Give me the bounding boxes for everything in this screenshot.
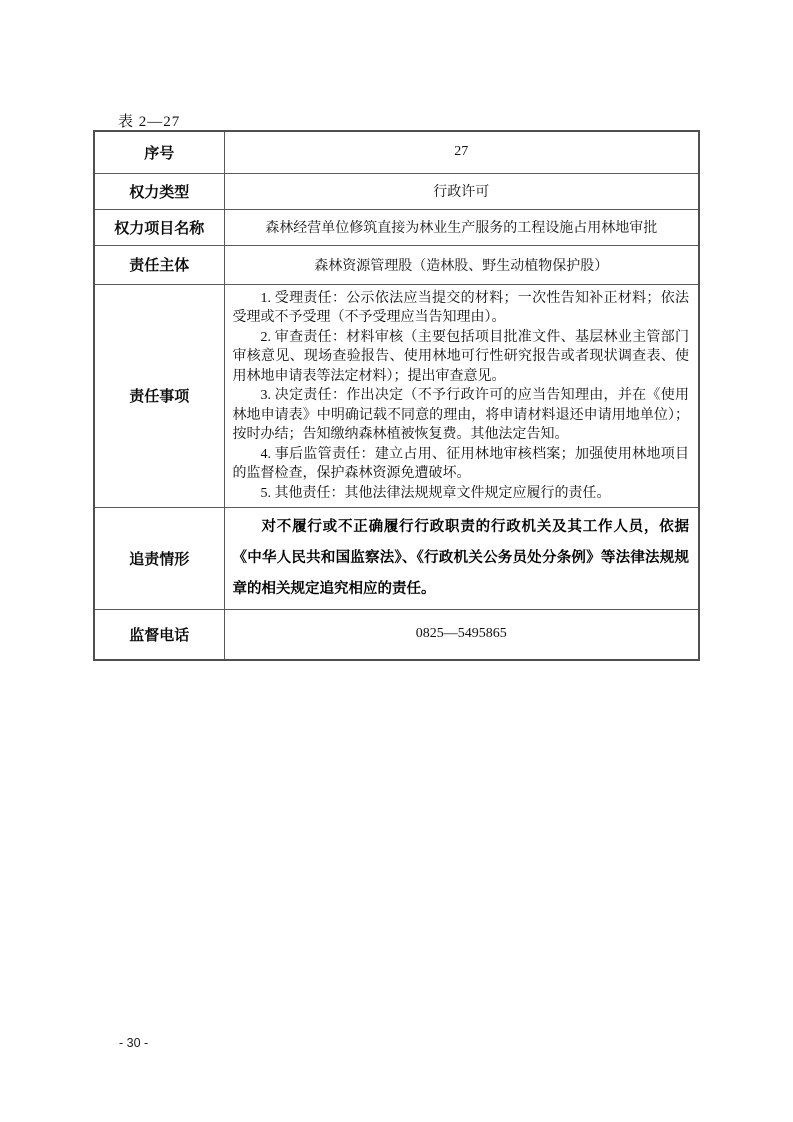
responsible-body-label: 责任主体	[94, 245, 224, 284]
power-type-label: 权力类型	[94, 173, 224, 209]
power-name-value: 森林经营单位修筑直接为林业生产服务的工程设施占用林地审批	[224, 209, 699, 245]
table-row-power-name: 权力项目名称 森林经营单位修筑直接为林业生产服务的工程设施占用林地审批	[94, 209, 699, 245]
power-type-value: 行政许可	[224, 173, 699, 209]
table-row-responsible-body: 责任主体 森林资源管理股（造林股、野生动植物保护股）	[94, 245, 699, 284]
serial-value: 27	[224, 131, 699, 173]
power-name-label: 权力项目名称	[94, 209, 224, 245]
table-row-accountability: 追责情形 对不履行或不正确履行行政职责的行政机关及其工作人员，依据《中华人民共和…	[94, 508, 699, 610]
power-duty-table: 序号 27 权力类型 行政许可 权力项目名称 森林经营单位修筑直接为林业生产服务…	[93, 130, 700, 661]
accountability-content: 对不履行或不正确履行行政职责的行政机关及其工作人员，依据《中华人民共和国监察法》…	[224, 508, 699, 610]
duty-items-label: 责任事项	[94, 284, 224, 508]
duty-item-2: 2. 审查责任：材料审核（主要包括项目批准文件、基层林业主管部门审核意见、现场查…	[233, 328, 690, 387]
phone-value: 0825—5495865	[224, 610, 699, 660]
accountability-label: 追责情形	[94, 508, 224, 610]
duty-item-5: 5. 其他责任：其他法律法规规章文件规定应履行的责任。	[233, 484, 690, 504]
serial-label: 序号	[94, 131, 224, 173]
duty-items-content: 1. 受理责任：公示依法应当提交的材料；一次性告知补正材料；依法受理或不予受理（…	[224, 284, 699, 508]
table-row-power-type: 权力类型 行政许可	[94, 173, 699, 209]
table-row-duty-items: 责任事项 1. 受理责任：公示依法应当提交的材料；一次性告知补正材料；依法受理或…	[94, 284, 699, 508]
table-row-phone: 监督电话 0825—5495865	[94, 610, 699, 660]
duty-item-4: 4. 事后监管责任：建立占用、征用林地审核档案；加强使用林地项目的监督检查，保护…	[233, 445, 690, 484]
page-number: - 30 -	[119, 1036, 148, 1050]
accountability-text: 对不履行或不正确履行行政职责的行政机关及其工作人员，依据《中华人民共和国监察法》…	[233, 512, 690, 605]
duty-item-1: 1. 受理责任：公示依法应当提交的材料；一次性告知补正材料；依法受理或不予受理（…	[233, 289, 690, 328]
table-row-serial: 序号 27	[94, 131, 699, 173]
duty-item-3: 3. 决定责任：作出决定（不予行政许可的应当告知理由，并在《使用林地申请表》中明…	[233, 386, 690, 445]
responsible-body-value: 森林资源管理股（造林股、野生动植物保护股）	[224, 245, 699, 284]
table-caption: 表 2—27	[118, 110, 180, 131]
phone-label: 监督电话	[94, 610, 224, 660]
document-page: 表 2—27 序号 27 权力类型 行政许可 权力项目名称 森林经营单位修筑直接…	[0, 0, 793, 1122]
